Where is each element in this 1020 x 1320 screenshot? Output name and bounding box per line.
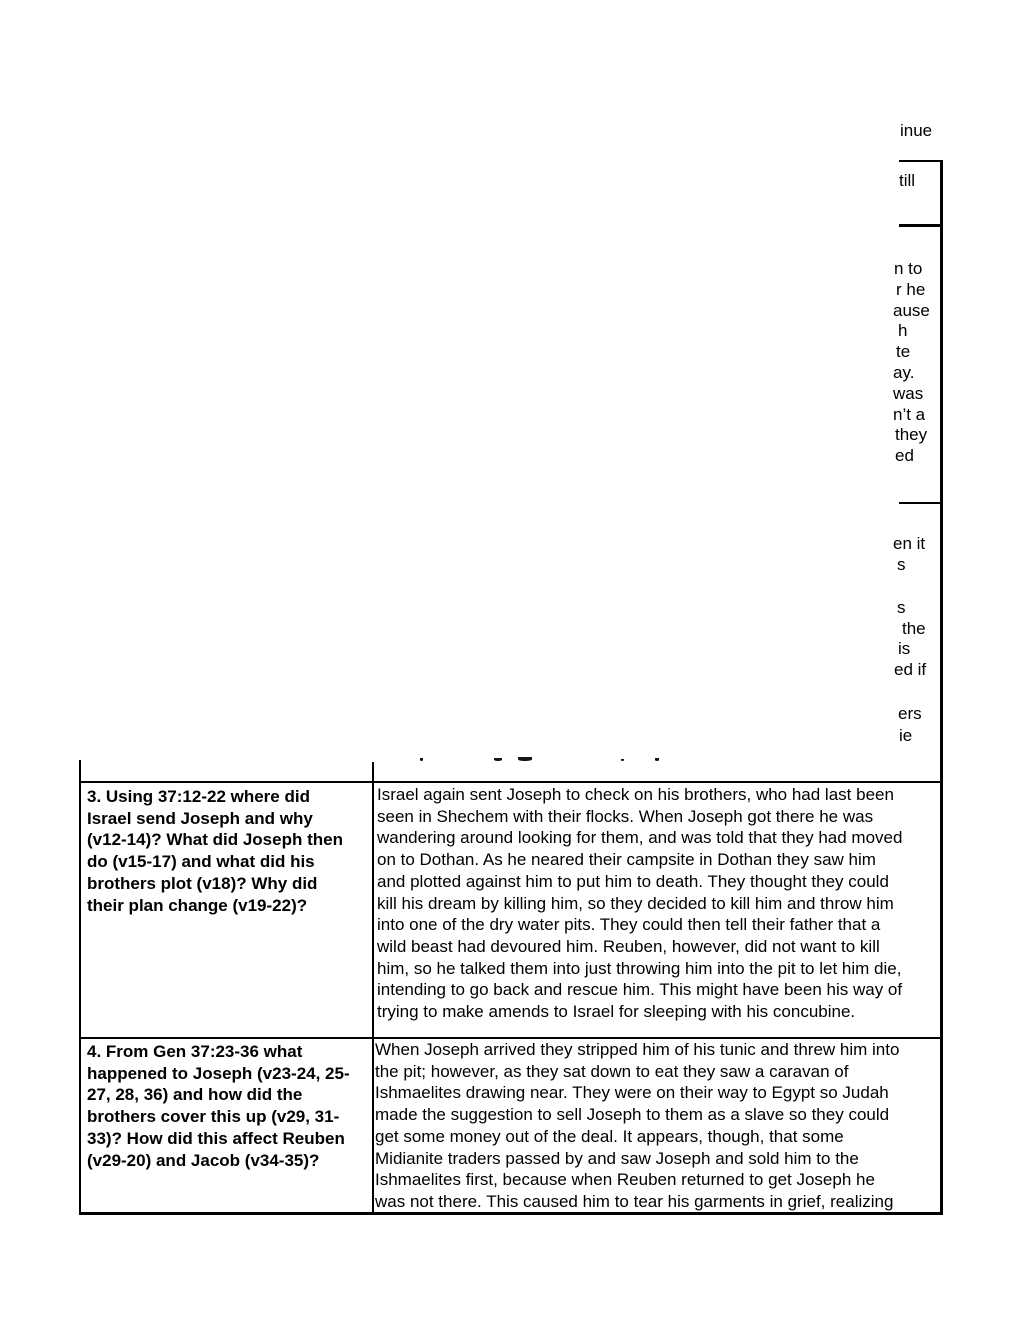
text-fragment: n to xyxy=(894,258,922,280)
text-fragment: till xyxy=(899,170,915,192)
text-fragment: s xyxy=(897,554,906,576)
answer-4-text: When Joseph arrived they stripped him of… xyxy=(375,1039,899,1213)
document-page: inuetilln tor heausehteay.wasn’t atheyed… xyxy=(0,0,1020,1320)
text-fragment: was xyxy=(893,383,923,405)
text-fragment: h xyxy=(898,320,907,342)
table-row-border-stub-2 xyxy=(899,224,943,227)
text-remnant-mark xyxy=(621,759,624,761)
table-border-right xyxy=(940,160,943,1215)
table-column-divider xyxy=(372,762,374,1215)
text-fragment: the xyxy=(902,618,926,640)
question-3-text: 3. Using 37:12-22 where did Israel send … xyxy=(87,786,343,916)
table-row-border-stub-3 xyxy=(899,502,943,504)
text-fragment: s xyxy=(897,597,906,619)
text-fragment: ers xyxy=(898,703,922,725)
text-fragment: is xyxy=(898,638,910,660)
text-remnant-mark xyxy=(518,757,532,761)
table-border-left xyxy=(79,760,81,1215)
text-fragment: they xyxy=(895,424,927,446)
text-remnant-mark xyxy=(494,758,502,761)
answer-3-text: Israel again sent Joseph to check on his… xyxy=(377,784,902,1023)
text-fragment: ie xyxy=(899,725,912,747)
text-remnant-mark xyxy=(420,758,423,761)
text-fragment: ay. xyxy=(893,362,914,384)
text-fragment: en it xyxy=(893,533,925,555)
table-row-border-stub-1 xyxy=(899,160,943,162)
question-4-text: 4. From Gen 37:23-36 what happened to Jo… xyxy=(87,1041,350,1171)
table-row-border-above-q3 xyxy=(79,781,943,783)
text-fragment: ed if xyxy=(894,659,926,681)
text-fragment: te xyxy=(896,341,910,363)
text-fragment: ause xyxy=(893,300,930,322)
text-remnant-mark xyxy=(655,758,659,761)
text-fragment: n’t a xyxy=(893,404,925,426)
text-fragment: ed xyxy=(895,445,914,467)
text-fragment: r he xyxy=(896,279,925,301)
text-fragment: inue xyxy=(900,120,932,142)
